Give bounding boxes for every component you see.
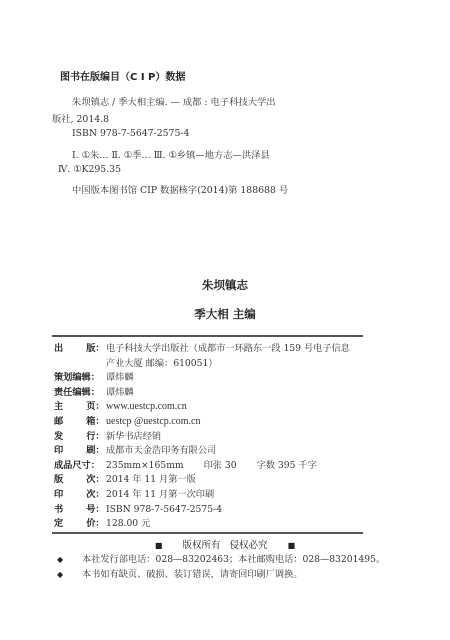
diamond-bullet-icon: ◆ (57, 570, 82, 579)
colophon-row-dimensions: 成品尺寸：235mm×165mm印张 30字数 395 千字 (54, 457, 317, 471)
colophon-row-publisher: 出版：电子科技大学出版社（成都市一环路东一段 159 号电子信息 (54, 340, 350, 354)
row-value: 新华书店经销 (106, 428, 161, 442)
cip-line-publisher-date: 版社, 2014.8 (52, 111, 109, 125)
cip-line-title-author: 朱坝镇志 / 季大相主编. — 成都 : 电子科技大学出 (72, 94, 276, 108)
row-value: 2014 年 11 月第一版 (106, 471, 196, 485)
cip-line-classification: Ⅰ. ①朱… Ⅱ. ①季… Ⅲ. ①乡镇—地方志—洪泽县 (72, 147, 270, 161)
colophon-row-email: 邮箱：uestcp @uestcp.com.cn (54, 413, 200, 427)
book-title: 朱坝镇志 (0, 277, 450, 293)
cip-title: 图书在版编目（C I P）数据 (60, 68, 185, 83)
row-label: 印次： (54, 486, 106, 500)
row-value: 2014 年 11 月第一次印刷 (106, 486, 214, 500)
square-marker-icon: ■ (288, 541, 296, 550)
row-label: 主页： (54, 398, 106, 412)
notice-text: 本社发行部电话：028—83202463；本社邮购电话：028—83201495… (82, 554, 385, 565)
cip-line-isbn: ISBN 978-7-5647-2575-4 (72, 128, 189, 139)
row-label: 成品尺寸： (54, 457, 106, 471)
row-value: 成都市天金浩印务有限公司 (106, 442, 216, 456)
colophon-row-price: 定价：128.00 元 (54, 515, 150, 529)
colophon-row-distribution: 发行：新华书店经销 (54, 428, 161, 442)
row-label: 定价： (54, 515, 106, 529)
cip-line-record-number: 中国版本图书馆 CIP 数据核字(2014)第 188688 号 (72, 182, 288, 196)
row-label: 邮箱： (54, 413, 106, 427)
notice-text: 本书如有缺页、破损、装订错误，请寄回印刷厂调换。 (82, 569, 303, 580)
row-label: 责任编辑： (54, 384, 106, 398)
row-label: 出版： (54, 340, 106, 354)
cip-line-class-number: Ⅳ. ①K295.35 (58, 164, 121, 175)
colophon-row-edition: 版次：2014 年 11 月第一版 (54, 471, 196, 485)
row-value: 谭炜麟 (106, 369, 134, 383)
isbn-value: ISBN 978-7-5647-2575-4 (106, 504, 222, 515)
notice-phone: ◆本社发行部电话：028—83202463；本社邮购电话：028—8320149… (57, 551, 385, 565)
colophon-row-isbn: 书号：ISBN 978-7-5647-2575-4 (54, 501, 222, 515)
colophon-row-planning-editor: 策划编辑：谭炜麟 (54, 369, 134, 383)
row-value: 产业大厦 邮编：610051） (106, 355, 218, 369)
row-label: 书号： (54, 501, 106, 515)
colophon-row-publisher-cont: 产业大厦 邮编：610051） (106, 355, 218, 369)
colophon-row-responsible-editor: 责任编辑：谭炜麟 (54, 384, 134, 398)
row-value: 谭炜麟 (106, 384, 134, 398)
row-label: 印刷： (54, 442, 106, 456)
size-value: 235mm×165mm (106, 460, 184, 471)
row-value: 电子科技大学出版社（成都市一环路东一段 159 号电子信息 (106, 340, 350, 354)
copyright-notice: ■ 版权所有 侵权必究 ■ (0, 537, 450, 551)
book-editor: 季大相 主编 (0, 306, 450, 322)
sheets-value: 印张 30 (204, 457, 237, 471)
square-marker-icon: ■ (155, 541, 163, 550)
price-value: 128.00 元 (106, 515, 150, 529)
copyright-text: 版权所有 侵权必究 (182, 540, 267, 551)
colophon-row-printer: 印刷：成都市天金浩印务有限公司 (54, 442, 216, 456)
homepage-link: www.uestcp.com.cn (106, 401, 187, 412)
wordcount-value: 字数 395 千字 (257, 457, 317, 471)
diamond-bullet-icon: ◆ (57, 555, 82, 564)
email-value: uestcp @uestcp.com.cn (106, 416, 200, 427)
colophon-row-printing: 印次：2014 年 11 月第一次印刷 (54, 486, 214, 500)
notice-defects: ◆本书如有缺页、破损、装订错误，请寄回印刷厂调换。 (57, 566, 303, 580)
row-label: 策划编辑： (54, 369, 106, 383)
top-divider (52, 335, 363, 337)
bottom-divider (52, 532, 363, 534)
row-label: 版次： (54, 471, 106, 485)
row-label: 发行： (54, 428, 106, 442)
colophon-row-homepage: 主页：www.uestcp.com.cn (54, 398, 187, 412)
